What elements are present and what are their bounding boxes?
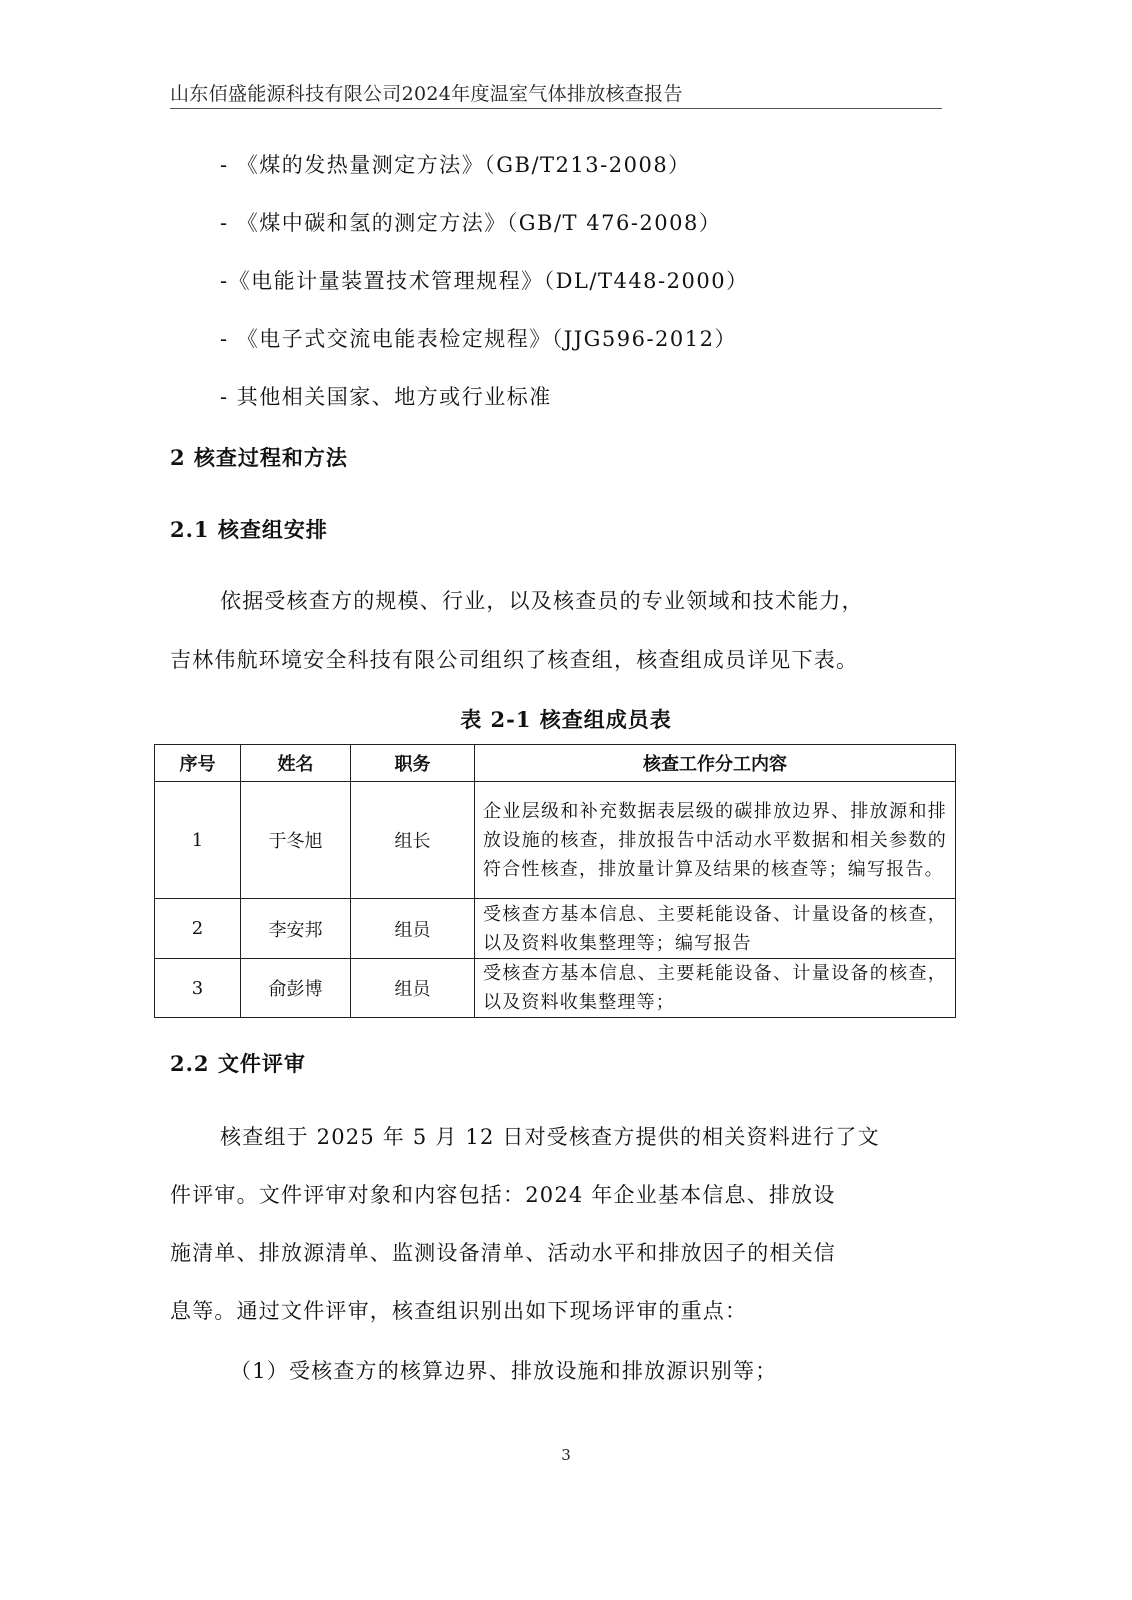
paragraph-team-line1: 依据受核查方的规模、行业，以及核查员的专业领域和技术能力，	[170, 586, 942, 616]
running-header: 山东佰盛能源科技有限公司2024年度温室气体排放核查报告	[170, 80, 942, 108]
paragraph-review-line: 施清单、排放源清单、监测设备清单、活动水平和排放因子的相关信	[170, 1238, 942, 1268]
table-row: 2 李安邦 组员 受核查方基本信息、主要耗能设备、计量设备的核查，以及资料收集整…	[155, 899, 956, 959]
cell-name: 李安邦	[241, 899, 351, 959]
reference-item: -《电能计量装置技术管理规程》（DL/T448-2000）	[220, 266, 749, 296]
paragraph-review-line: 息等。通过文件评审，核查组识别出如下现场评审的重点：	[170, 1296, 942, 1326]
cell-name: 于冬旭	[241, 782, 351, 899]
section-heading-2: 2 核查过程和方法	[170, 442, 348, 472]
cell-name: 俞彭博	[241, 959, 351, 1018]
cell-no: 2	[155, 899, 241, 959]
table-row: 3 俞彭博 组员 受核查方基本信息、主要耗能设备、计量设备的核查，以及资料收集整…	[155, 959, 956, 1018]
reference-item: - 《电子式交流电能表检定规程》（JJG596-2012）	[220, 324, 737, 354]
cell-role: 组员	[351, 959, 475, 1018]
cell-role: 组长	[351, 782, 475, 899]
table-caption: 表 2-1 核查组成员表	[0, 704, 1132, 734]
cell-work: 受核查方基本信息、主要耗能设备、计量设备的核查，以及资料收集整理等；编写报告	[475, 899, 956, 959]
section-heading-2-1: 2.1 核查组安排	[170, 514, 328, 544]
page-number: 3	[0, 1446, 1132, 1464]
header-divider	[170, 108, 942, 109]
cell-work: 受核查方基本信息、主要耗能设备、计量设备的核查，以及资料收集整理等；	[475, 959, 956, 1018]
cell-no: 1	[155, 782, 241, 899]
table-row: 1 于冬旭 组长 企业层级和补充数据表层级的碳排放边界、排放源和排放设施的核查，…	[155, 782, 956, 899]
reference-item: - 《煤中碳和氢的测定方法》（GB/T 476-2008）	[220, 208, 721, 238]
paragraph-team-line2: 吉林伟航环境安全科技有限公司组织了核查组，核查组成员详见下表。	[170, 645, 942, 675]
cell-work: 企业层级和补充数据表层级的碳排放边界、排放源和排放设施的核查，排放报告中活动水平…	[475, 782, 956, 899]
section-heading-2-2: 2.2 文件评审	[170, 1048, 306, 1078]
reference-item: - 其他相关国家、地方或行业标准	[220, 382, 552, 412]
paragraph-review-line: 核查组于 2025 年 5 月 12 日对受核查方提供的相关资料进行了文	[170, 1122, 942, 1152]
reference-item: - 《煤的发热量测定方法》（GB/T213-2008）	[220, 150, 691, 180]
review-focus-item: （1）受核查方的核算边界、排放设施和排放源识别等；	[170, 1356, 942, 1386]
column-header-no: 序号	[155, 745, 241, 782]
column-header-role: 职务	[351, 745, 475, 782]
cell-no: 3	[155, 959, 241, 1018]
team-members-table: 序号 姓名 职务 核查工作分工内容 1 于冬旭 组长 企业层级和补充数据表层级的…	[154, 744, 956, 1018]
table-header-row: 序号 姓名 职务 核查工作分工内容	[155, 745, 956, 782]
column-header-work: 核查工作分工内容	[475, 745, 956, 782]
cell-role: 组员	[351, 899, 475, 959]
column-header-name: 姓名	[241, 745, 351, 782]
paragraph-review-line: 件评审。文件评审对象和内容包括：2024 年企业基本信息、排放设	[170, 1180, 942, 1210]
